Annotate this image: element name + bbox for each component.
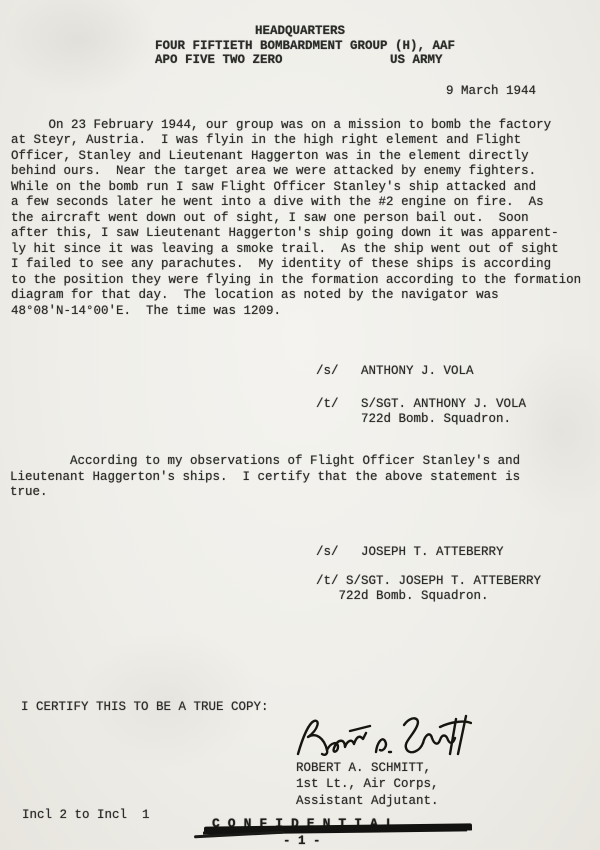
- certification-line: According to my observations of Flight O…: [10, 454, 520, 470]
- inclosure-note: Incl 2 to Incl 1: [22, 808, 150, 824]
- statement-line: I failed to see any parachutes. My ident…: [11, 257, 551, 273]
- document-page: HEADQUARTERS FOUR FIFTIETH BOMBARDMENT G…: [0, 0, 600, 850]
- document-date: 9 March 1944: [446, 84, 536, 100]
- certification-line: true.: [10, 485, 48, 501]
- typed-line: /t/ S/SGT. ANTHONY J. VOLA: [316, 397, 526, 413]
- statement-line: a few seconds later he went into a dive …: [11, 195, 544, 211]
- statement-line: behind ours. Near the target area we wer…: [11, 164, 536, 180]
- true-copy-line: I CERTIFY THIS TO BE A TRUE COPY:: [21, 700, 269, 716]
- statement-line: 48°08'N-14°00'E. The time was 1209.: [11, 304, 281, 320]
- statement-line: at Steyr, Austria. I was flyin in the hi…: [11, 133, 521, 149]
- statement-line: to the position they were flying in the …: [11, 273, 581, 289]
- header-apo: APO FIVE TWO ZERO: [155, 53, 283, 69]
- classification-stamp: CONFIDENTIAL: [212, 816, 472, 842]
- unit-line: 722d Bomb. Squadron.: [316, 412, 511, 428]
- statement-line: the aircraft went down out of sight, I s…: [11, 211, 529, 227]
- typed-line: /t/ S/SGT. JOSEPH T. ATTEBERRY: [316, 574, 541, 590]
- signed-line: /s/ ANTHONY J. VOLA: [316, 364, 474, 380]
- handwritten-signature: [292, 710, 472, 768]
- statement-line: ly hit since it was leaving a smoke trai…: [11, 242, 559, 258]
- statement-line: diagram for that day. The location as no…: [11, 288, 499, 304]
- adjutant-rank: 1st Lt., Air Corps,: [296, 777, 439, 793]
- statement-line: after this, I saw Lieutenant Haggerton's…: [11, 226, 559, 242]
- paper-stain: [470, 300, 600, 560]
- header-us-army: US ARMY: [390, 53, 443, 69]
- signed-line: /s/ JOSEPH T. ATTEBERRY: [316, 545, 504, 561]
- unit-line: 722d Bomb. Squadron.: [316, 589, 489, 605]
- statement-line: Officer, Stanley and Lieutenant Haggerto…: [11, 149, 529, 165]
- adjutant-name: ROBERT A. SCHMITT,: [296, 761, 431, 777]
- certification-line: Lieutenant Haggerton's ships. I certify …: [10, 470, 520, 486]
- page-number: - 1 -: [283, 834, 321, 848]
- header-headquarters: HEADQUARTERS: [0, 24, 600, 40]
- statement-line: While on the bomb run I saw Flight Offic…: [11, 180, 536, 196]
- statement-line: On 23 February 1944, our group was on a …: [11, 118, 551, 134]
- adjutant-title: Assistant Adjutant.: [296, 794, 439, 810]
